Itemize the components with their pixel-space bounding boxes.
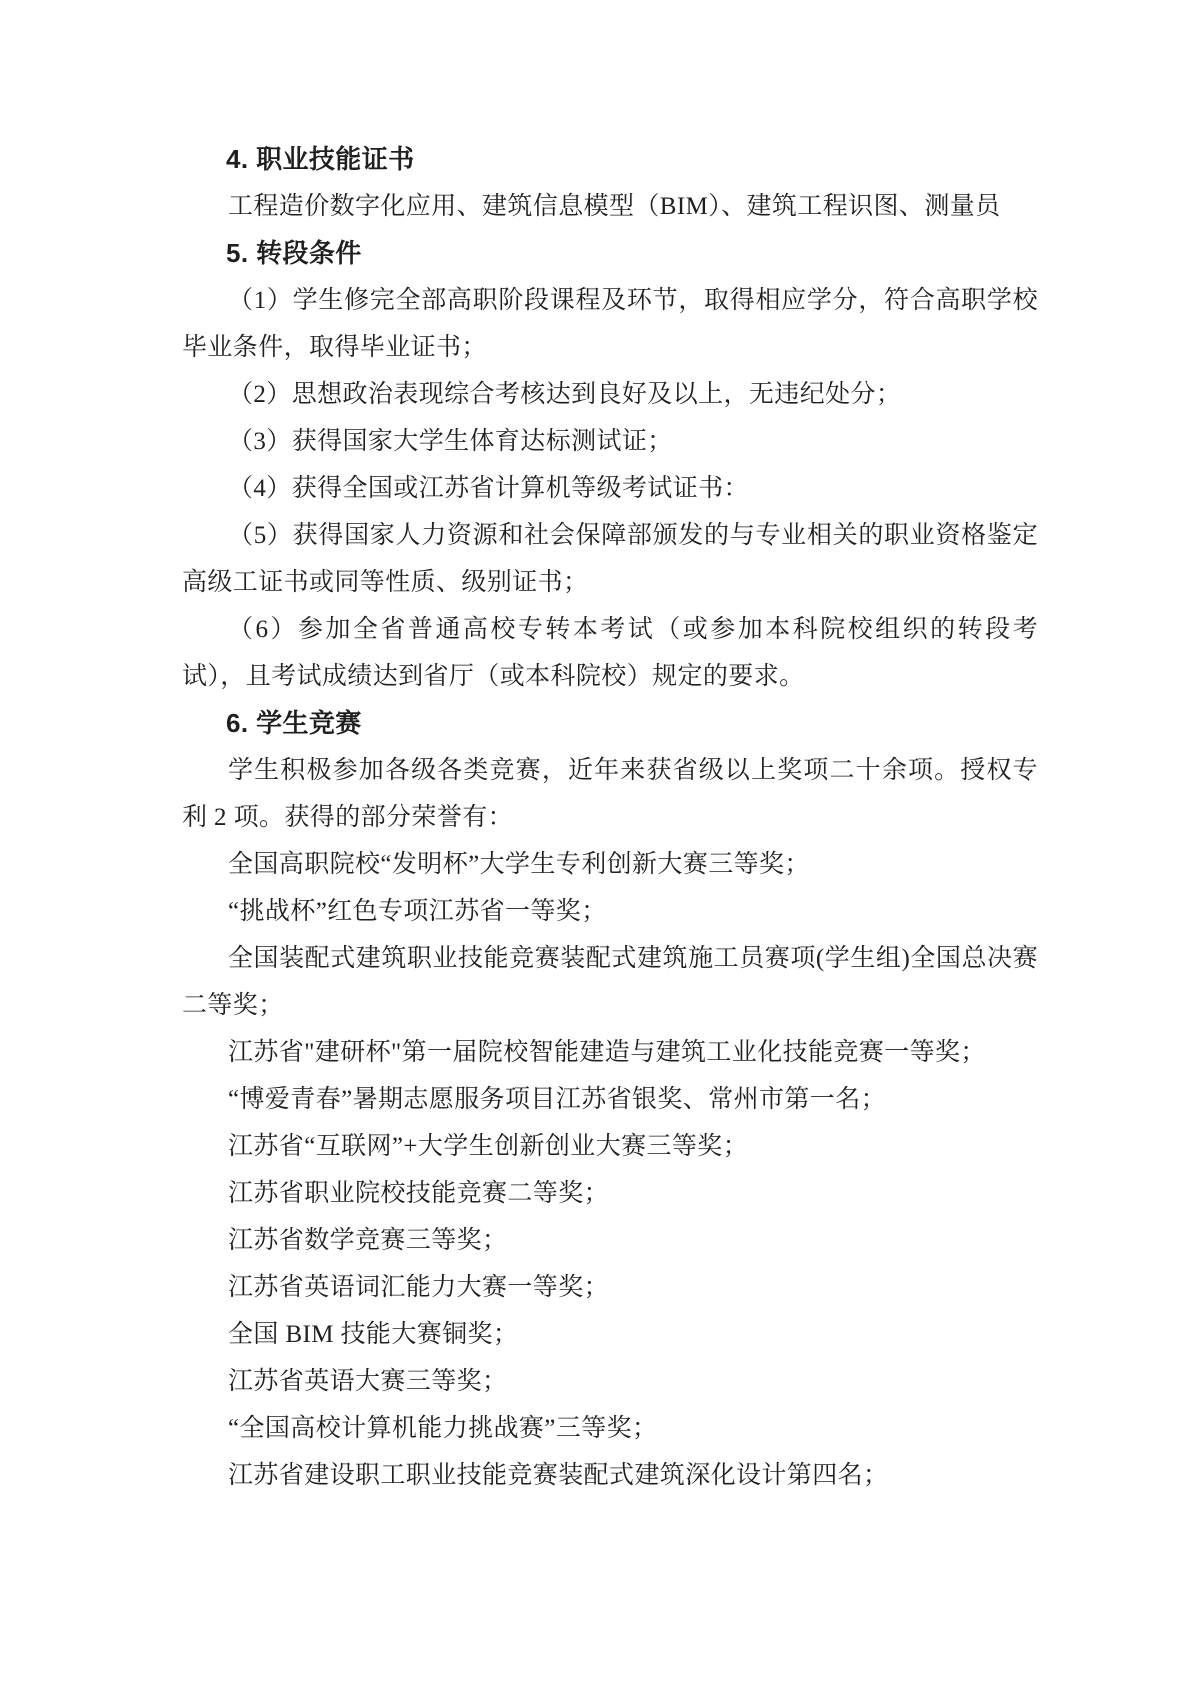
paragraph-award-deepening-design: 江苏省建设职工职业技能竞赛装配式建筑深化设计第四名； [182,1452,1038,1499]
paragraph-award-jianyan-cup: 江苏省"建研杯"第一届院校智能建造与建筑工业化技能竞赛一等奖； [182,1029,1038,1076]
paragraph-award-math-competition: 江苏省数学竞赛三等奖； [182,1217,1038,1264]
paragraph-award-english-vocabulary: 江苏省英语词汇能力大赛一等奖； [182,1264,1038,1311]
paragraph-condition-1: （1）学生修完全部高职阶段课程及环节，取得相应学分，符合高职学校毕业条件，取得毕… [182,277,1038,371]
paragraph-condition-3: （3）获得国家大学生体育达标测试证； [182,418,1038,465]
document-body: 4. 职业技能证书 工程造价数字化应用、建筑信息模型（BIM）、建筑工程识图、测… [182,136,1038,1499]
section-heading-student-competitions: 6. 学生竞赛 [182,700,1038,747]
paragraph-certificate-list: 工程造价数字化应用、建筑信息模型（BIM）、建筑工程识图、测量员 [182,183,1038,230]
section-heading-transfer-conditions: 5. 转段条件 [182,230,1038,277]
paragraph-award-invention-cup: 全国高职院校“发明杯”大学生专利创新大赛三等奖； [182,841,1038,888]
paragraph-condition-5: （5）获得国家人力资源和社会保障部颁发的与专业相关的职业资格鉴定高级工证书或同等… [182,512,1038,606]
paragraph-award-internet-plus: 江苏省“互联网”+大学生创新创业大赛三等奖； [182,1123,1038,1170]
paragraph-condition-6: （6）参加全省普通高校专转本考试（或参加本科院校组织的转段考试），且考试成绩达到… [182,606,1038,700]
paragraph-award-vocational-skills: 江苏省职业院校技能竞赛二等奖； [182,1170,1038,1217]
paragraph-award-english-competition: 江苏省英语大赛三等奖； [182,1358,1038,1405]
paragraph-award-challenge-cup: “挑战杯”红色专项江苏省一等奖； [182,888,1038,935]
paragraph-condition-4: （4）获得全国或江苏省计算机等级考试证书： [182,465,1038,512]
paragraph-award-computer-challenge: “全国高校计算机能力挑战赛”三等奖； [182,1405,1038,1452]
paragraph-award-bim-competition: 全国 BIM 技能大赛铜奖； [182,1311,1038,1358]
paragraph-award-boai-qingchun: “博爱青春”暑期志愿服务项目江苏省银奖、常州市第一名； [182,1076,1038,1123]
paragraph-award-prefab-construction: 全国装配式建筑职业技能竞赛装配式建筑施工员赛项(学生组)全国总决赛二等奖； [182,935,1038,1029]
paragraph-competition-intro: 学生积极参加各级各类竞赛，近年来获省级以上奖项二十余项。授权专利 2 项。获得的… [182,747,1038,841]
document-page: 4. 职业技能证书 工程造价数字化应用、建筑信息模型（BIM）、建筑工程识图、测… [0,0,1191,1684]
paragraph-condition-2: （2）思想政治表现综合考核达到良好及以上，无违纪处分； [182,371,1038,418]
section-heading-vocational-skill-certificates: 4. 职业技能证书 [182,136,1038,183]
